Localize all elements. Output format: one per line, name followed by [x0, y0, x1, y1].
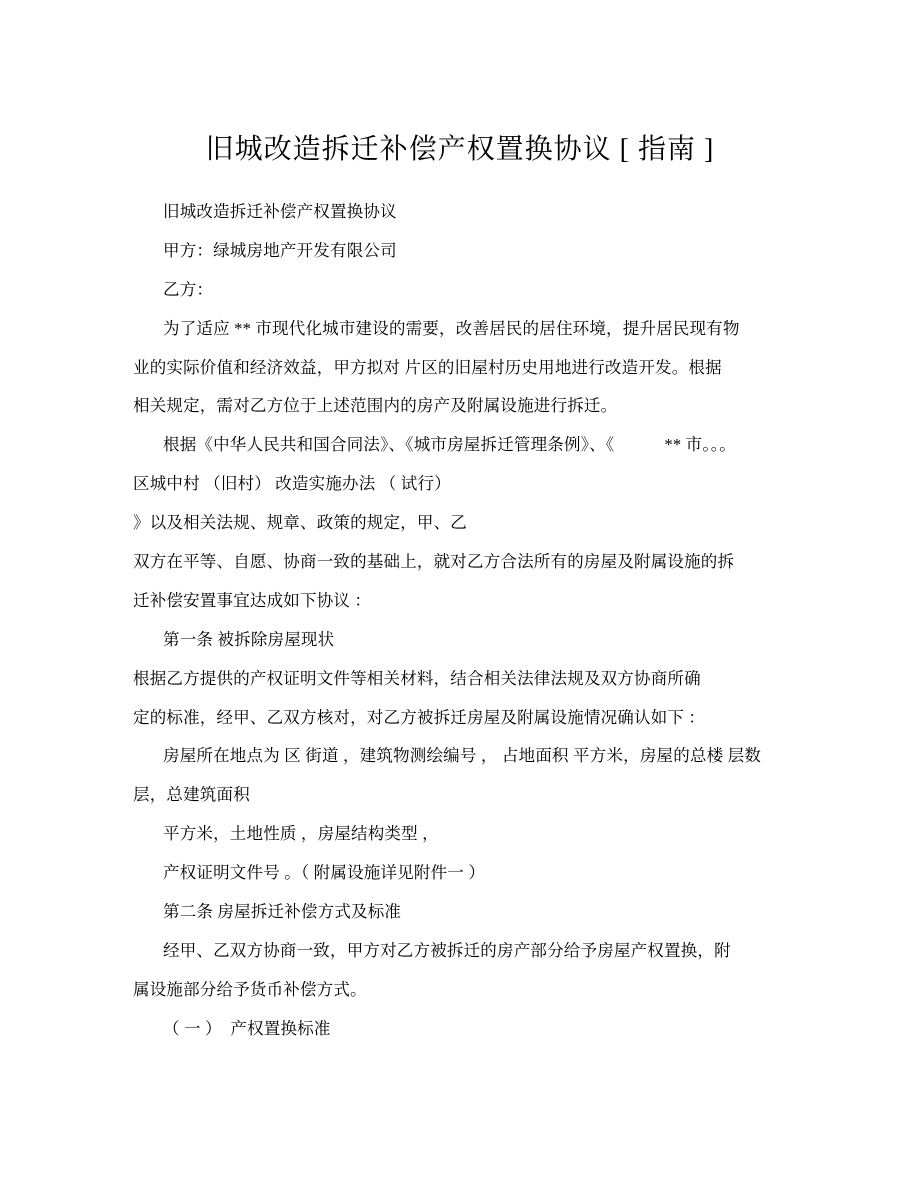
- document-line: 根据《中华人民共和国合同法》、《城市房屋拆迁管理条例》、《 ** 市。。。: [133, 426, 853, 465]
- document-line: 经甲、乙双方协商一致，甲方对乙方被拆迁的房产部分给予房屋产权置换，附: [133, 932, 853, 971]
- document-line: 区城中村 （旧村） 改造实施办法 （ 试行）: [133, 465, 853, 504]
- document-line: 为了适应 ** 市现代化城市建设的需要，改善居民的居住环境，提升居民现有物: [133, 310, 853, 349]
- document-line: 根据乙方提供的产权证明文件等相关材料，结合相关法律法规及双方协商所确: [133, 660, 853, 699]
- document-line: 迁补偿安置事宜达成如下协议 ：: [133, 582, 853, 621]
- document-line: 双方在平等、自愿、协商一致的基础上，就对乙方合法所有的房屋及附属设施的拆: [133, 543, 853, 582]
- document-line: 业的实际价值和经济效益，甲方拟对 片区的旧屋村历史用地进行改造开发。根据: [133, 349, 853, 388]
- document-line: 房屋所在地点为 区 街道 ，建筑物测绘编号 ， 占地面积 平方米，房屋的总楼 层…: [133, 737, 853, 776]
- document-body: 旧城改造拆迁补偿产权置换协议甲方：绿城房地产开发有限公司乙方：为了适应 ** 市…: [133, 193, 853, 1049]
- document-line: 层，总建筑面积: [133, 776, 853, 815]
- document-line: 乙方：: [133, 271, 853, 310]
- document-line: 》以及相关法规、规章、政策的规定，甲、乙: [133, 504, 853, 543]
- document-line: 甲方：绿城房地产开发有限公司: [133, 232, 853, 271]
- document-line: 平方米，土地性质 ，房屋结构类型 ，: [133, 815, 853, 854]
- document-title: 旧城改造拆迁补偿产权置换协议 [ 指南 ]: [0, 134, 920, 166]
- document-line: 定的标准，经甲、乙双方核对，对乙方被拆迁房屋及附属设施情况确认如下 ：: [133, 699, 853, 738]
- document-line: 第一条 被拆除房屋现状: [133, 621, 853, 660]
- document-line: 旧城改造拆迁补偿产权置换协议: [133, 193, 853, 232]
- document-line: 相关规定，需对乙方位于上述范围内的房产及附属设施进行拆迁。: [133, 387, 853, 426]
- document-line: 产权证明文件号 。（ 附属设施详见附件一 ）: [133, 854, 853, 893]
- document-line: （ 一 ） 产权置换标准: [133, 1010, 853, 1049]
- document-page: 旧城改造拆迁补偿产权置换协议 [ 指南 ] 旧城改造拆迁补偿产权置换协议甲方：绿…: [0, 0, 920, 1192]
- document-line: 属设施部分给予货币补偿方式。: [133, 971, 853, 1010]
- document-line: 第二条 房屋拆迁补偿方式及标准: [133, 893, 853, 932]
